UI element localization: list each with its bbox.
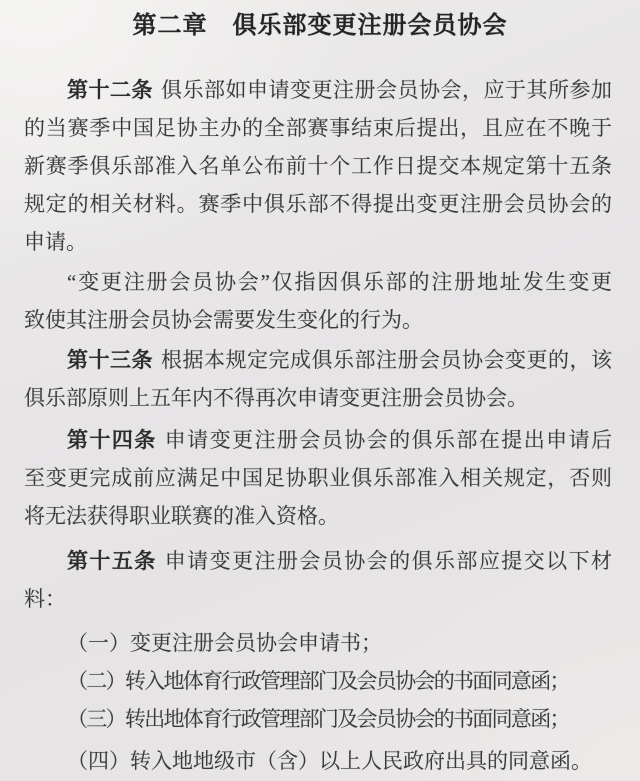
article-14-paragraph: 第十四条申请变更注册会员协会的俱乐部在提出申请后至变更完成前应满足中国足协职业俱… <box>24 421 612 535</box>
text-line: （二）转入地体育行政管理部门及会员协会的书面同意函； <box>24 662 612 700</box>
document-body: 第十二条俱乐部如申请变更注册会员协会，应于其所参加的当赛季中国足协主办的全部赛事… <box>0 71 640 780</box>
article-number-label: 第十二条 <box>67 78 153 102</box>
text-line: 规定的相关材料。赛季中俱乐部不得提出变更注册会员协会的 <box>24 185 612 223</box>
text-line: 新赛季俱乐部准入名单公布前十个工作日提交本规定第十五条 <box>24 147 612 185</box>
line-text: 将无法获得职业联赛的准入资格。 <box>24 504 339 528</box>
line-text: “变更注册会员协会”仅指因俱乐部的注册地址发生变更 <box>67 270 612 294</box>
line-text: （三）转出地体育行政管理部门及会员协会的书面同意函； <box>67 707 569 731</box>
line-text: 俱乐部原则上五年内不得再次申请变更注册会员协会。 <box>24 386 528 410</box>
material-item-1: （一）变更注册会员协会申请书； <box>24 624 612 662</box>
scanned-document-page: 第二章 俱乐部变更注册会员协会 第十二条俱乐部如申请变更注册会员协会，应于其所参… <box>0 0 640 781</box>
line-text: 规定的相关材料。赛季中俱乐部不得提出变更注册会员协会的 <box>24 192 612 216</box>
article-number-label: 第十五条 <box>67 549 157 573</box>
text-line: （一）变更注册会员协会申请书； <box>24 624 612 662</box>
chapter-heading: 第二章 俱乐部变更注册会员协会 <box>0 3 640 43</box>
line-text: 俱乐部如申请变更注册会员协会，应于其所参加 <box>161 78 612 102</box>
article-12-paragraph: 第十二条俱乐部如申请变更注册会员协会，应于其所参加的当赛季中国足协主办的全部赛事… <box>24 71 612 261</box>
line-text: 申请变更注册会员协会的俱乐部应提交以下材 <box>165 549 612 573</box>
line-text: （一）变更注册会员协会申请书； <box>67 631 382 655</box>
text-line: 至变更完成前应满足中国足协职业俱乐部准入相关规定，否则 <box>24 459 612 497</box>
definition-paragraph: “变更注册会员协会”仅指因俱乐部的注册地址发生变更致使其注册会员协会需要发生变化… <box>24 263 612 339</box>
line-text: 至变更完成前应满足中国足协职业俱乐部准入相关规定，否则 <box>24 466 612 490</box>
text-line: 第十四条申请变更注册会员协会的俱乐部在提出申请后 <box>24 421 612 459</box>
article-13-paragraph: 第十三条根据本规定完成俱乐部注册会员协会变更的，该俱乐部原则上五年内不得再次申请… <box>24 341 612 417</box>
text-line: 致使其注册会员协会需要发生变化的行为。 <box>24 301 612 339</box>
material-item-4: （四）转入地地级市（含）以上人民政府出具的同意函。 <box>24 742 612 780</box>
line-text: （四）转入地地级市（含）以上人民政府出具的同意函。 <box>67 749 592 773</box>
text-line: 第十三条根据本规定完成俱乐部注册会员协会变更的，该 <box>24 341 612 379</box>
article-number-label: 第十三条 <box>67 348 153 372</box>
text-line: 第十二条俱乐部如申请变更注册会员协会，应于其所参加 <box>24 71 612 109</box>
article-15-paragraph: 第十五条申请变更注册会员协会的俱乐部应提交以下材料： <box>24 542 612 618</box>
text-line: 俱乐部原则上五年内不得再次申请变更注册会员协会。 <box>24 379 612 417</box>
line-text: 根据本规定完成俱乐部注册会员协会变更的，该 <box>161 348 612 372</box>
line-text: 新赛季俱乐部准入名单公布前十个工作日提交本规定第十五条 <box>24 154 612 178</box>
text-line: 申请。 <box>24 223 612 261</box>
line-text: 申请。 <box>24 230 87 254</box>
line-text: 致使其注册会员协会需要发生变化的行为。 <box>24 308 423 332</box>
line-text: （二）转入地体育行政管理部门及会员协会的书面同意函； <box>67 669 569 693</box>
text-line: （三）转出地体育行政管理部门及会员协会的书面同意函； <box>24 700 612 738</box>
text-line: “变更注册会员协会”仅指因俱乐部的注册地址发生变更 <box>24 263 612 301</box>
text-line: （四）转入地地级市（含）以上人民政府出具的同意函。 <box>24 742 612 780</box>
article-number-label: 第十四条 <box>67 428 157 452</box>
text-line: 将无法获得职业联赛的准入资格。 <box>24 497 612 535</box>
line-text: 料： <box>24 587 66 611</box>
line-text: 的当赛季中国足协主办的全部赛事结束后提出，且应在不晚于 <box>24 116 612 140</box>
material-item-3: （三）转出地体育行政管理部门及会员协会的书面同意函； <box>24 700 612 738</box>
material-item-2: （二）转入地体育行政管理部门及会员协会的书面同意函； <box>24 662 612 700</box>
text-line: 的当赛季中国足协主办的全部赛事结束后提出，且应在不晚于 <box>24 109 612 147</box>
text-line: 料： <box>24 580 612 618</box>
line-text: 申请变更注册会员协会的俱乐部在提出申请后 <box>165 428 612 452</box>
text-line: 第十五条申请变更注册会员协会的俱乐部应提交以下材 <box>24 542 612 580</box>
